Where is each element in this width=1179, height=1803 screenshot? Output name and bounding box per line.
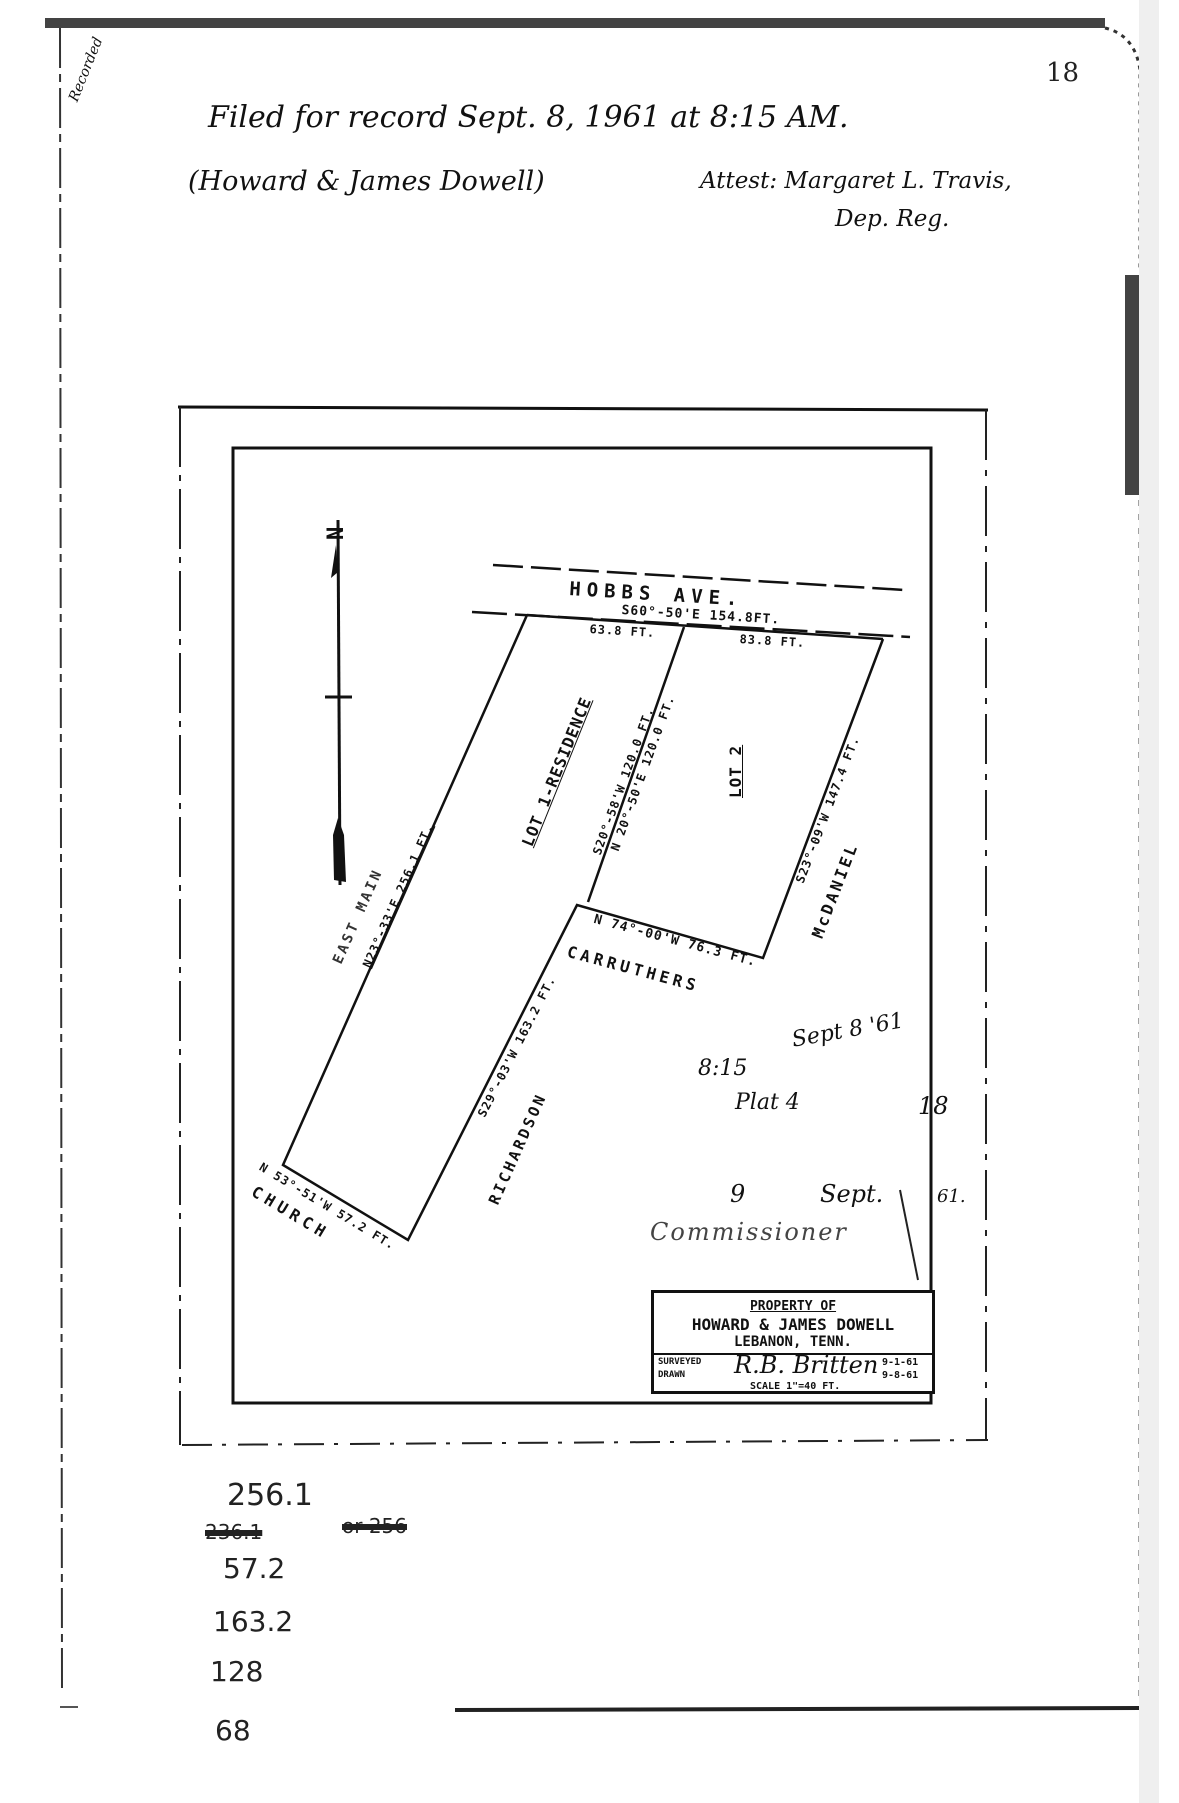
viewer-scrollbar-track[interactable] [1139, 0, 1159, 1803]
page-number: 18 [1046, 58, 1079, 88]
drawn-label: DRAWN [658, 1370, 685, 1380]
north-arrow-icon [326, 520, 354, 890]
surveyed-date: 9-1-61 [882, 1357, 918, 1368]
stamp-year: 61. [937, 1186, 966, 1207]
calc-value-2: 57.2 [223, 1552, 285, 1585]
stamp-month: Sept. [820, 1180, 883, 1208]
stamp-page: 18 [918, 1092, 949, 1120]
plat-linework [0, 0, 1159, 1803]
drawn-date: 9-8-61 [882, 1370, 918, 1381]
title-block-location: LEBANON, TENN. [654, 1334, 932, 1350]
filing-line: Filed for record Sept. 8, 1961 at 8:15 A… [208, 100, 849, 135]
clerk-signature: Commissioner [650, 1218, 848, 1246]
surveyor-signature: R.B. Britten [734, 1351, 878, 1379]
title-block-line1: PROPERTY OF [654, 1299, 932, 1314]
attest-title: Dep. Reg. [835, 206, 949, 232]
surveyed-label: SURVEYED [658, 1357, 701, 1367]
scanned-deed-page: 18 Recorded Filed for record Sept. 8, 19… [0, 0, 1159, 1803]
lot-2-label: LOT 2 [726, 745, 745, 798]
calc-struck-value: 236.1 [205, 1520, 262, 1544]
attest-line: Attest: Margaret L. Travis, [700, 168, 1012, 194]
plat-scale: SCALE 1"=40 FT. [750, 1381, 840, 1392]
title-block-owners: HOWARD & JAMES DOWELL [654, 1315, 932, 1334]
parties-line: (Howard & James Dowell) [188, 166, 545, 197]
calc-value-4: 128 [210, 1655, 263, 1688]
calc-value-3: 163.2 [213, 1605, 293, 1638]
calc-value-1: 256.1 [227, 1478, 313, 1513]
stamp-book: Plat 4 [735, 1090, 800, 1115]
plat-title-block: PROPERTY OF HOWARD & JAMES DOWELL LEBANO… [651, 1290, 935, 1394]
calc-struck-note: or 256 [342, 1514, 407, 1538]
stamp-day: 9 [730, 1180, 745, 1208]
calc-value-5: 68 [215, 1714, 251, 1747]
title-block-survey-row: SURVEYED DRAWN R.B. Britten 9-1-61 9-8-6… [654, 1353, 932, 1395]
stamp-time: 8:15 [698, 1056, 747, 1081]
